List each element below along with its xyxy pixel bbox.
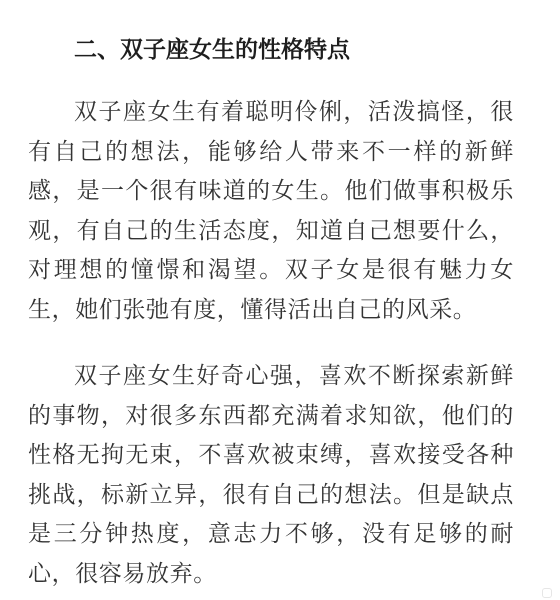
- section-heading: 二、双子座女生的性格特点: [74, 32, 350, 68]
- paragraph-personality-overview: 双子座女生有着聪明伶俐，活泼搞怪，很有自己的想法，能够给人带来不一样的新鲜感，是…: [28, 93, 514, 330]
- paragraph-curiosity-and-weakness: 双子座女生好奇心强，喜欢不断探索新鲜的事物，对很多东西都充满着求知欲，他们的性格…: [28, 357, 514, 594]
- watermark-icon: [542, 588, 552, 598]
